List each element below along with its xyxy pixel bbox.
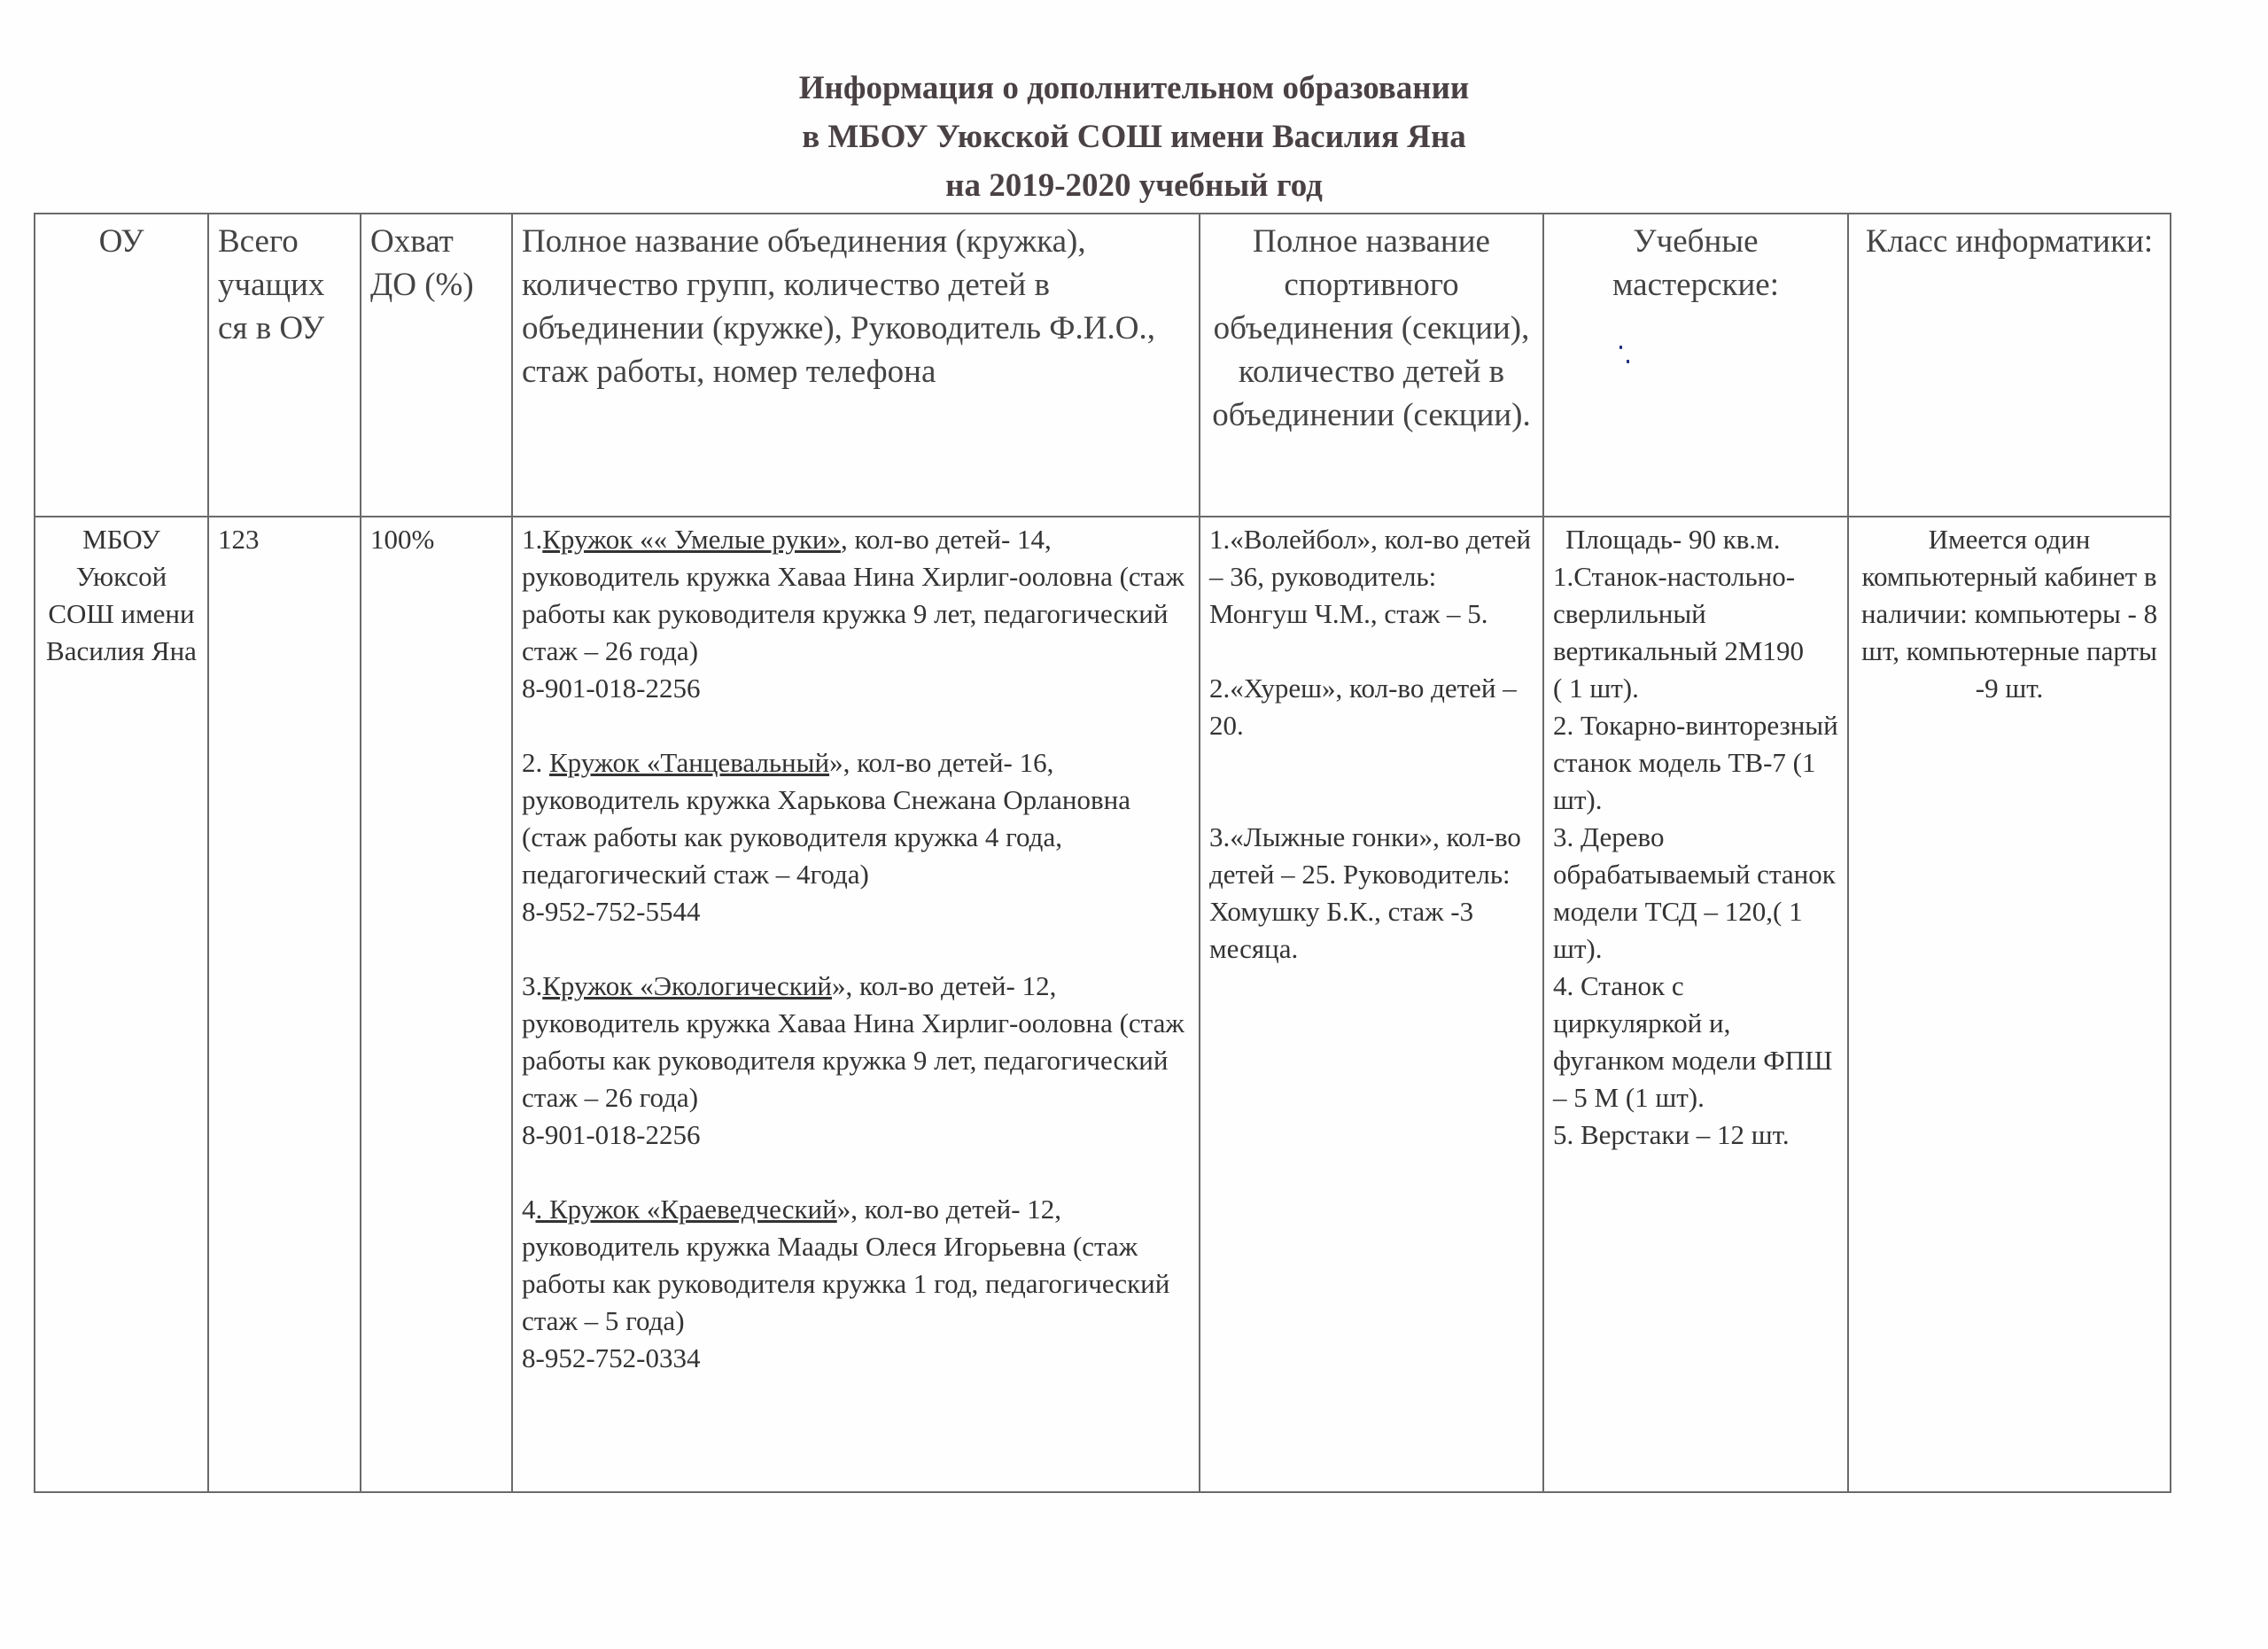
workshop-item: ( 1 шт). <box>1553 670 1838 707</box>
cell-workshops: Площадь- 90 кв.м. 1.Станок-настольно-све… <box>1543 517 1848 1492</box>
header-circles: Полное название объединения (кружка), ко… <box>512 214 1200 517</box>
circle-name: Кружок «Танцевальный <box>549 747 829 778</box>
cell-computer-class: Имеется один компьютерный кабинет в нали… <box>1848 517 2171 1492</box>
sport-item: 2.«Хуреш», кол-во детей – 20. <box>1209 670 1534 744</box>
document-title: Информация о дополнительном образовании … <box>0 64 2268 210</box>
cell-circles: 1.Кружок «« Умелые руки», кол-во детей- … <box>512 517 1200 1492</box>
workshop-area: Площадь- 90 кв.м. <box>1553 521 1838 558</box>
header-computer-class: Класс информатики: <box>1848 214 2171 517</box>
circle-phone: 8-952-752-5544 <box>522 893 1190 930</box>
cell-school: МБОУ Уюксой СОШ имени Василия Яна <box>35 517 208 1492</box>
workshop-item: 5. Верстаки – 12 шт. <box>1553 1116 1838 1154</box>
workshop-item: 4. Станок с циркуляркой и, фуганком моде… <box>1553 968 1838 1116</box>
circle-name: Кружок «« Умелые руки» <box>542 524 841 555</box>
header-sports: Полное название спортивного объединения … <box>1200 214 1543 517</box>
workshop-item: 1.Станок-настольно-сверлильный вертикаль… <box>1553 558 1838 670</box>
table-header-row: ОУ Всего учащих ся в ОУ Охват ДО (%) Пол… <box>35 214 2171 517</box>
scan-speck <box>1619 346 1622 349</box>
scan-speck <box>1627 360 1629 363</box>
circle-name: . Кружок «Краеведческий <box>536 1194 837 1225</box>
table-row: МБОУ Уюксой СОШ имени Василия Яна 123 10… <box>35 517 2171 1492</box>
circle-name: Кружок «Экологический <box>542 970 832 1001</box>
title-line-3: на 2019-2020 учебный год <box>0 161 2268 210</box>
cell-coverage: 100% <box>361 517 512 1492</box>
circle-item: 3.Кружок «Экологический», кол-во детей- … <box>522 968 1190 1154</box>
sport-item: 3.«Лыжные гонки», кол-во детей – 25. Рук… <box>1209 819 1534 968</box>
title-line-2: в МБОУ Уюкской СОШ имени Василия Яна <box>0 113 2268 161</box>
header-workshops: Учебные мастерские: <box>1543 214 1848 517</box>
cell-total-students: 123 <box>208 517 361 1492</box>
cell-sports: 1.«Волейбол», кол-во детей – 36, руковод… <box>1200 517 1543 1492</box>
education-info-table: ОУ Всего учащих ся в ОУ Охват ДО (%) Пол… <box>34 213 2171 1493</box>
workshop-item: 2. Токарно-винторезный станок модель ТВ-… <box>1553 707 1838 819</box>
header-coverage: Охват ДО (%) <box>361 214 512 517</box>
title-line-1: Информация о дополнительном образовании <box>0 64 2268 113</box>
circle-phone: 8-901-018-2256 <box>522 670 1190 707</box>
workshop-item: 3. Дерево обрабатываемый станок модели Т… <box>1553 819 1838 968</box>
header-total-students: Всего учащих ся в ОУ <box>208 214 361 517</box>
circle-phone: 8-901-018-2256 <box>522 1116 1190 1154</box>
circle-phone: 8-952-752-0334 <box>522 1340 1190 1377</box>
circle-item: 1.Кружок «« Умелые руки», кол-во детей- … <box>522 521 1190 707</box>
sport-item: 1.«Волейбол», кол-во детей – 36, руковод… <box>1209 521 1534 633</box>
header-school: ОУ <box>35 214 208 517</box>
circle-item: 2. Кружок «Танцевальный», кол-во детей- … <box>522 744 1190 930</box>
circle-item: 4. Кружок «Краеведческий», кол-во детей-… <box>522 1191 1190 1377</box>
